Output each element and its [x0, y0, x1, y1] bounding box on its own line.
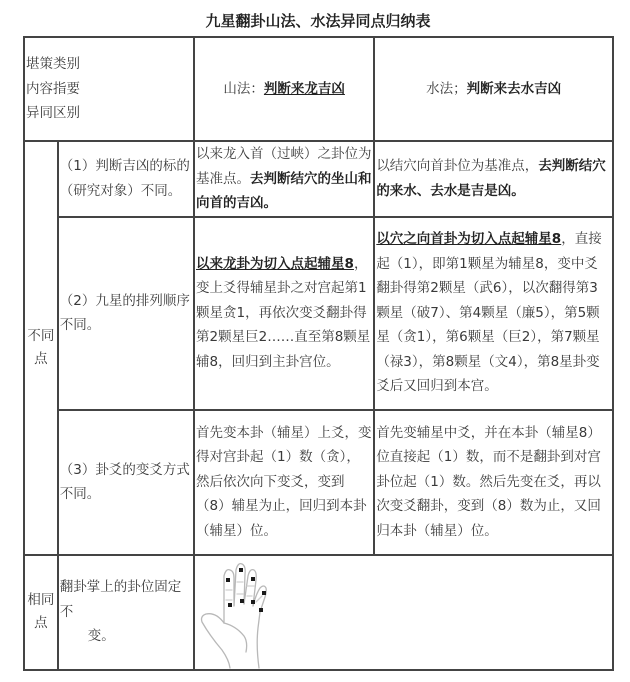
mountain-cell-3: 首先变本卦（辅星）上爻，变得对宫卦起（1）数（贪），然后依次向下变爻，变到（8）… — [194, 410, 374, 555]
aspect-cell-1: （1）判断吉凶的标的（研究对象）不同。 — [58, 141, 194, 217]
difference-row-2: （2）九星的排列顺序不同。 以来龙卦为切入点起辅星8，变上爻得辅星卦之对宫起第1… — [24, 217, 613, 410]
mountain-cell-1: 以来龙入首（过峡）之卦位为基准点。去判断结穴的坐山和向首的吉凶。 — [194, 141, 374, 217]
header-line-category: 堪策类别 — [26, 52, 192, 77]
mountain-method-prefix: 山法： — [223, 81, 264, 97]
water-cell-3: 首先变辅星中爻，并在本卦（辅星8）位直接起（1）数，而不是翻卦到对宫卦位起（1）… — [374, 410, 613, 555]
differences-category-cell: 不同点 — [24, 141, 58, 555]
table-title: 九星翻卦山法、水法异同点归纳表 — [23, 8, 613, 34]
similarity-row: 相同点 翻卦掌上的卦位固定不 变。 — [24, 555, 613, 670]
similarity-aspect-cell: 翻卦掌上的卦位固定不 变。 — [58, 555, 194, 670]
mountain-cell-2: 以来龙卦为切入点起辅星8，变上爻得辅星卦之对宫起第1颗星贪1，再依次变爻翻卦得第… — [194, 217, 374, 410]
similarity-line-1: 翻卦掌上的卦位固定不 — [60, 575, 192, 624]
header-water-method: 水法；判断来去水吉凶 — [374, 37, 613, 141]
header-line-content: 内容指要 — [26, 77, 192, 102]
similarities-category-cell: 相同点 — [24, 555, 58, 670]
comparison-table: 堪策类别 内容指要 异同区别 山法：判断来龙吉凶 水法；判断来去水吉凶 不同点 … — [23, 36, 614, 671]
header-row: 堪策类别 内容指要 异同区别 山法：判断来龙吉凶 水法；判断来去水吉凶 — [24, 37, 613, 141]
header-category-cell: 堪策类别 内容指要 异同区别 — [24, 37, 194, 141]
similarities-label: 相同点 — [27, 589, 55, 635]
water-cell-2: 以穴之向首卦为切入点起辅星8，直接起（1），即第1颗星为辅星8，变中爻翻卦得第2… — [374, 217, 613, 410]
differences-label: 不同点 — [27, 325, 55, 371]
mountain-2-plain: ，变上爻得辅星卦之对宫起第1颗星贪1，再依次变爻翻卦得第2颗星巨2……直至第8颗… — [196, 256, 370, 370]
difference-row-3: （3）卦爻的变爻方式不同。 首先变本卦（辅星）上爻，变得对宫卦起（1）数（贪），… — [24, 410, 613, 555]
water-method-prefix: 水法； — [426, 81, 467, 97]
water-1-plain: 以结穴向首卦位为基准点， — [376, 158, 538, 174]
aspect-cell-3: （3）卦爻的变爻方式不同。 — [58, 410, 194, 555]
difference-row-1: 不同点 （1）判断吉凶的标的（研究对象）不同。 以来龙入首（过峡）之卦位为基准点… — [24, 141, 613, 217]
water-2-plain: ，直接起（1），即第1颗星为辅星8，变中爻翻卦得第2颗星（武6），以次翻得第3颗… — [376, 231, 601, 394]
hand-diagram — [196, 556, 611, 669]
hand-palm-icon — [196, 556, 286, 669]
hand-diagram-cell — [194, 555, 613, 670]
header-mountain-method: 山法：判断来龙吉凶 — [194, 37, 374, 141]
similarity-line-2: 变。 — [60, 624, 115, 649]
aspect-cell-2: （2）九星的排列顺序不同。 — [58, 217, 194, 410]
header-line-difference: 异同区别 — [26, 101, 192, 126]
water-2-emph: 以穴之向首卦为切入点起辅星8 — [376, 231, 561, 247]
mountain-method-title: 判断来龙吉凶 — [264, 81, 345, 97]
water-method-title: 判断来去水吉凶 — [467, 81, 562, 97]
water-cell-1: 以结穴向首卦位为基准点，去判断结穴的来水、去水是吉是凶。 — [374, 141, 613, 217]
mountain-2-emph: 以来龙卦为切入点起辅星8 — [196, 256, 354, 272]
